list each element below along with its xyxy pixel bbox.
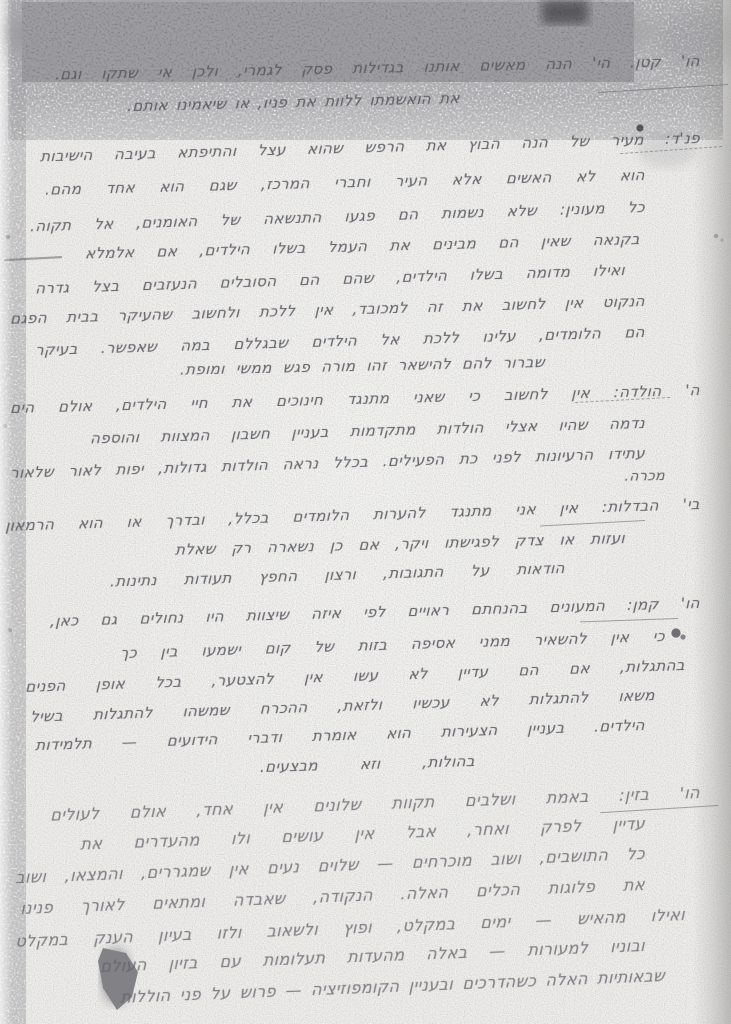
scanned-page: הו' קטן. הי' הנה מאשים אותנו בגדילות פסק… xyxy=(0,0,731,1024)
handwritten-line: ואילו מדומה בשלו הילדים, שהם הם הסובלים … xyxy=(35,261,625,298)
handwritten-line: הנקוט אין לחשוב את זה למכובד, אין ללכת ו… xyxy=(10,292,646,328)
handwritten-line: בהולות, וזא מבצעים. xyxy=(260,752,476,776)
header-underline xyxy=(540,520,645,526)
handwritten-line: נדמה שהיו אצלי הולדות מתקדמות בעניין חשב… xyxy=(90,414,646,448)
handwritten-line: הו' קטן. הי' הנה מאשים אותנו בגדילות פסק… xyxy=(55,52,701,84)
handwritten-line: מכרה. xyxy=(610,468,666,486)
handwritten-line: עתידו הרעיונות לפני כת הפעילים. בכלל נרא… xyxy=(10,444,645,482)
handwritten-line: הודאות על התגובות, ורצון החפץ תעודות נתי… xyxy=(110,559,566,591)
handwritten-line: כל מעונין: שלא נשמות הם פגעו התנשאה של ה… xyxy=(30,198,645,235)
header-underline xyxy=(580,618,678,622)
left-edge-highlight xyxy=(0,0,12,1024)
handwritten-line: פנ'ד: מעיר של הנה הבוץ את הרפש שהוא עצל … xyxy=(40,129,700,165)
handwritten-line: בקנאה שאין הם מבינים את העמל בשלו הילדים… xyxy=(85,230,641,263)
handwritten-line: ה' הולדה: אין לחשוב כי שאני מתנגד חינוכי… xyxy=(10,381,701,417)
handwritten-line: הוא לא האשים אלא העיר וחברי המרכז, שגם ה… xyxy=(45,166,646,199)
handwritten-line: שברור להם להישאר זהו מורה פגש ממשי ומופת… xyxy=(180,353,546,379)
handwritten-line: כי אין להשאיר ממני אסיפה בזות של קום ישמ… xyxy=(120,627,665,662)
handwritten-line: הו' קמן: המעונים בהנחתם ראויים לפי איזה … xyxy=(50,594,701,630)
handwritten-line: ועזות או צדק לפגישתו ויקר, אם כן נשארה ר… xyxy=(175,529,626,559)
handwritten-line: הם הלומדים, עלינו ללכת אל הילדים שבגללם … xyxy=(35,323,645,359)
handwritten-line: את הואשמתו ללוות את פניו, או שיאמינו אות… xyxy=(130,89,461,115)
